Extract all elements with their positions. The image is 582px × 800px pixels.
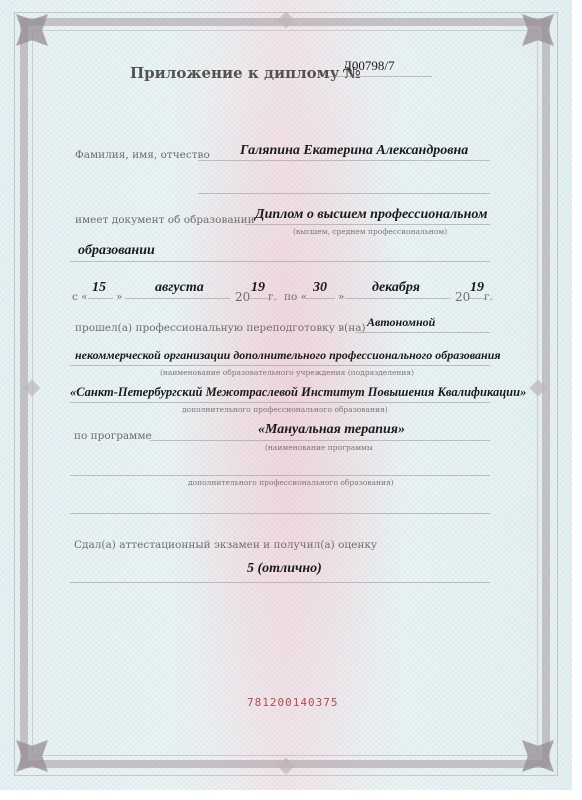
date-from-prefix: с « — [72, 291, 88, 303]
diploma-number: Д00798/7 — [343, 58, 394, 74]
institution-hint-2: дополнительного профессионального образо… — [182, 405, 388, 414]
institution-line1: Автономной — [367, 315, 435, 330]
program-value: «Мануальная терапия» — [258, 422, 405, 438]
date-from-day: 15 — [92, 280, 106, 296]
date-to-month-underline — [345, 298, 450, 299]
date-to-month: декабря — [372, 280, 420, 296]
education-value-line2: образовании — [78, 243, 155, 259]
date-from-year-prefix: 20 — [235, 290, 250, 304]
date-from-month-underline — [125, 298, 230, 299]
date-from-year-underline — [250, 298, 268, 299]
date-to-year: 19 — [470, 280, 484, 296]
fio-underline — [198, 160, 490, 161]
fio-value: Галяпина Екатерина Александровна — [240, 143, 468, 159]
date-from-year: 19 — [251, 280, 265, 296]
fio-label: Фамилия, имя, отчество — [75, 149, 210, 161]
document-title: Приложение к диплому № — [130, 64, 361, 82]
date-from-close: » — [116, 291, 122, 303]
exam-label: Сдал(а) аттестационный экзамен и получил… — [74, 539, 377, 551]
program-underline — [150, 440, 490, 441]
program-hint: (наименование программы — [265, 443, 373, 452]
date-to-close: » — [338, 291, 344, 303]
grade-underline — [70, 582, 490, 583]
education-underline-2 — [70, 261, 490, 262]
education-hint: (высшем, среднем профессиональном) — [293, 227, 447, 236]
date-to-year-prefix: 20 — [455, 290, 470, 304]
date-to-day: 30 — [313, 280, 327, 296]
date-to-prefix: по « — [284, 291, 307, 303]
date-to-year-underline — [469, 298, 485, 299]
institution-underline-2 — [70, 365, 490, 366]
program-label: по программе — [74, 430, 152, 442]
grade-value: 5 (отлично) — [247, 561, 322, 577]
institution-underline-1 — [355, 332, 490, 333]
education-value-line1: Диплом о высшем профессиональном — [255, 207, 487, 223]
program-hint-2: дополнительного профессионального образо… — [188, 478, 394, 487]
fio-underline-2 — [198, 193, 490, 194]
date-from-month: августа — [155, 280, 204, 296]
diploma-supplement-page: Приложение к диплому № Д00798/7 Фамилия,… — [0, 0, 572, 790]
diploma-number-underline — [327, 76, 432, 77]
retraining-label: прошел(а) профессиональную переподготовк… — [75, 322, 366, 334]
institution-line3: «Санкт-Петербургский Межотраслевой Инсти… — [70, 385, 526, 400]
date-to-day-underline — [305, 298, 335, 299]
education-label: имеет документ об образовании — [75, 214, 255, 226]
program-underline-3 — [70, 513, 490, 514]
institution-hint: (наименование образовательного учреждени… — [160, 368, 414, 377]
program-underline-2 — [70, 475, 490, 476]
institution-line2: некоммерческой организации дополнительно… — [75, 348, 501, 363]
institution-underline-3 — [70, 402, 490, 403]
serial-number: 781200140375 — [247, 696, 338, 709]
date-from-day-underline — [88, 298, 113, 299]
date-to-year-suffix: г. — [484, 291, 493, 303]
education-underline — [245, 224, 490, 225]
date-from-year-suffix: г. — [268, 291, 277, 303]
